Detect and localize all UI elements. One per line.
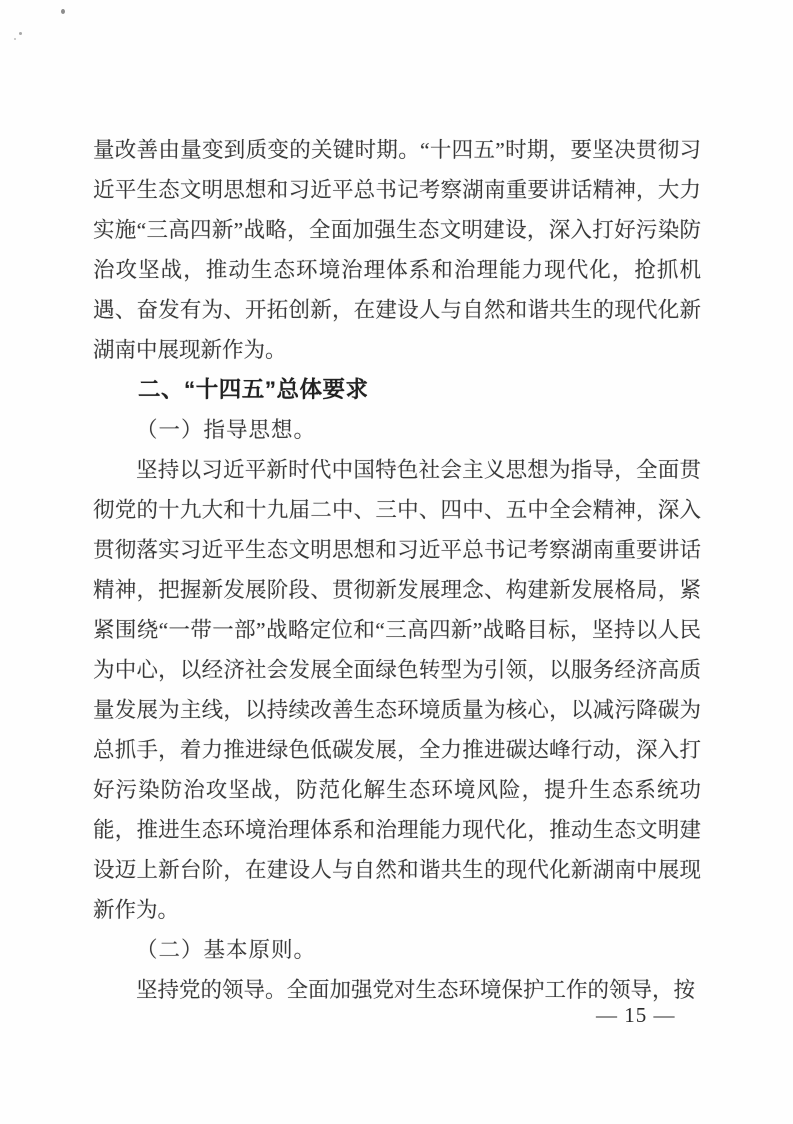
scan-speck: [14, 38, 16, 40]
document-body: 量改善由量变到质变的关键时期。“十四五”时期，要坚决贯彻习近平生态文明思想和习近…: [93, 130, 701, 1010]
page-number: — 15 —: [596, 1001, 676, 1029]
subsection-2-heading: （二）基本原则。: [93, 930, 701, 970]
paragraph-continuation: 量改善由量变到质变的关键时期。“十四五”时期，要坚决贯彻习近平生态文明思想和习近…: [93, 130, 701, 370]
scan-speck: [19, 32, 22, 35]
scanned-document-page: 量改善由量变到质变的关键时期。“十四五”时期，要坚决贯彻习近平生态文明思想和习近…: [0, 0, 793, 1124]
subsection-1-body: 坚持以习近平新时代中国特色社会主义思想为指导，全面贯彻党的十九大和十九届二中、三…: [93, 450, 701, 930]
subsection-1-heading: （一）指导思想。: [93, 410, 701, 450]
scan-speck: [61, 9, 65, 14]
section-heading: 二、“十四五”总体要求: [93, 370, 701, 410]
